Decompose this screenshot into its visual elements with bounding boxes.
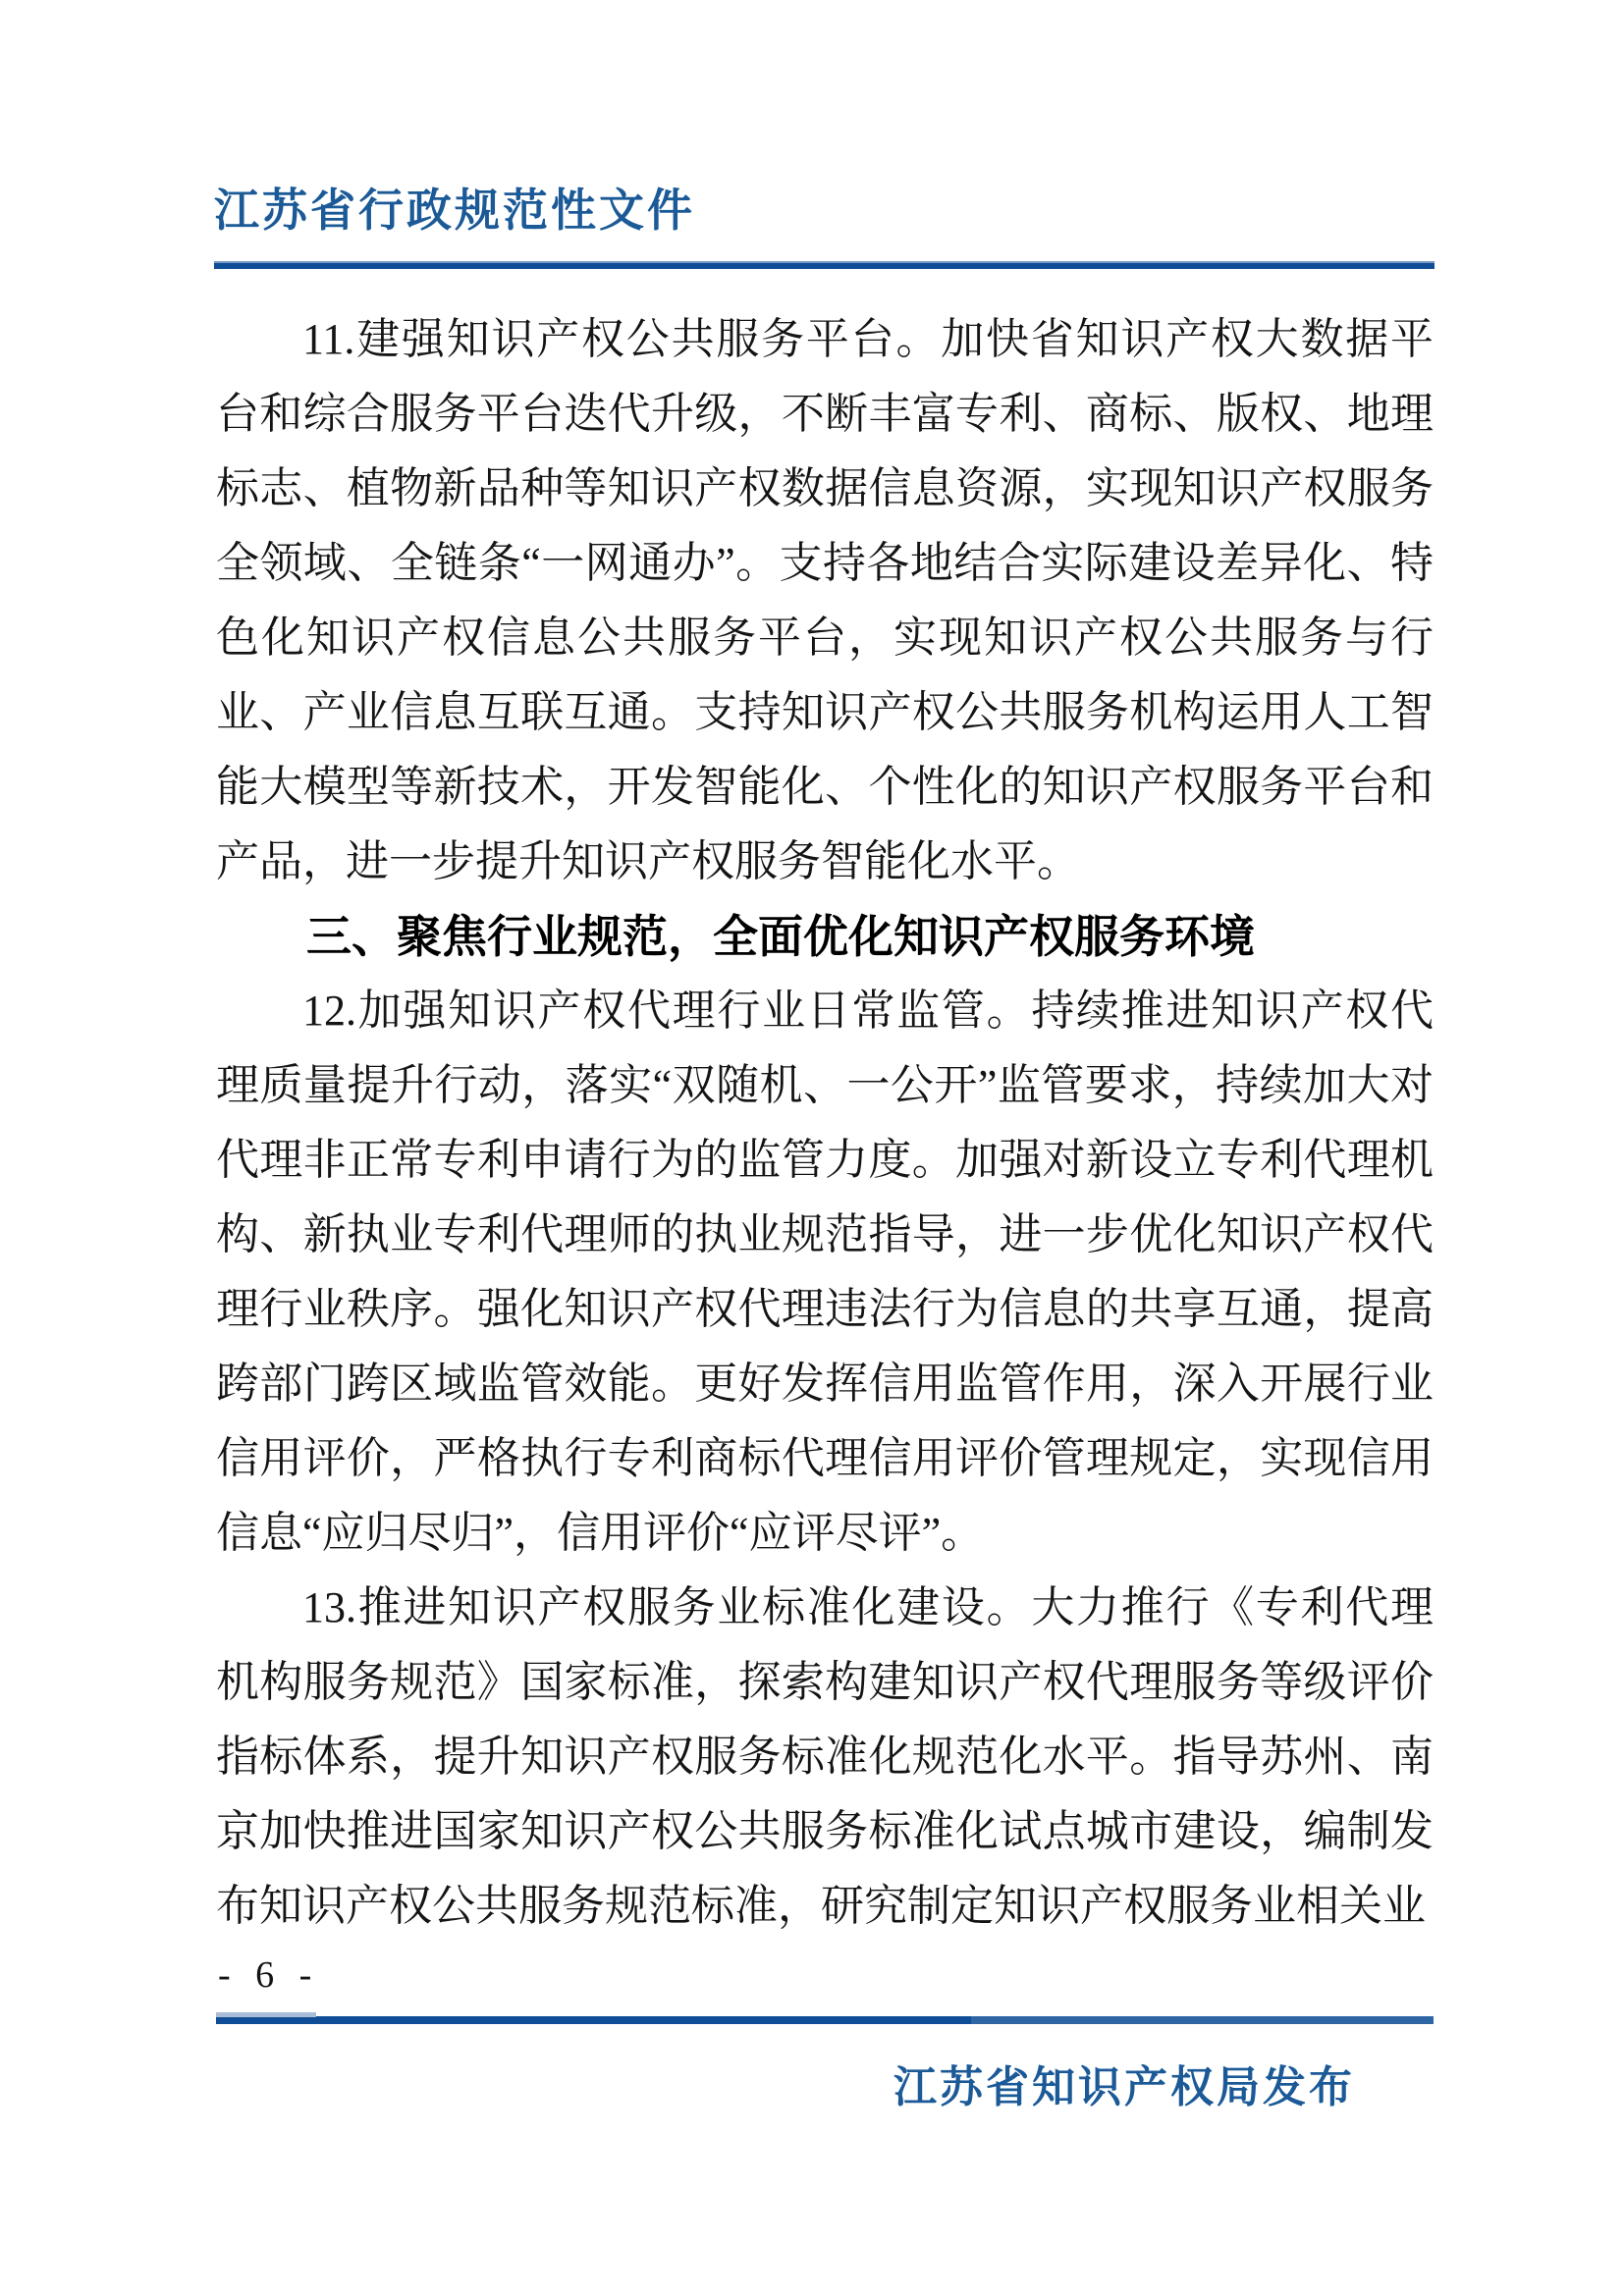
document-page: 江苏省行政规范性文件 11.建强知识产权公共服务平台。加快省知识产权大数据平台和… <box>0 0 1624 2296</box>
publisher-label: 江苏省知识产权局发布 <box>893 2052 1355 2114</box>
document-body: 11.建强知识产权公共服务平台。加快省知识产权大数据平台和综合服务平台迭代升级，… <box>216 302 1434 1944</box>
footer-rule-accent <box>216 2012 316 2017</box>
section-heading: 三、聚焦行业规范，全面优化知识产权服务环境 <box>216 899 1434 974</box>
body-paragraph: 11.建强知识产权公共服务平台。加快省知识产权大数据平台和综合服务平台迭代升级，… <box>216 302 1434 899</box>
footer-rule <box>216 2016 1434 2024</box>
body-paragraph: 12.加强知识产权代理行业日常监管。持续推进知识产权代理质量提升行动，落实“双随… <box>216 974 1434 1571</box>
page-number: - 6 - <box>218 1953 319 1997</box>
body-paragraph: 13.推进知识产权服务业标准化建设。大力推行《专利代理机构服务规范》国家标准，探… <box>216 1571 1434 1944</box>
page-title: 江苏省行政规范性文件 <box>214 175 695 240</box>
header-rule <box>214 261 1435 269</box>
